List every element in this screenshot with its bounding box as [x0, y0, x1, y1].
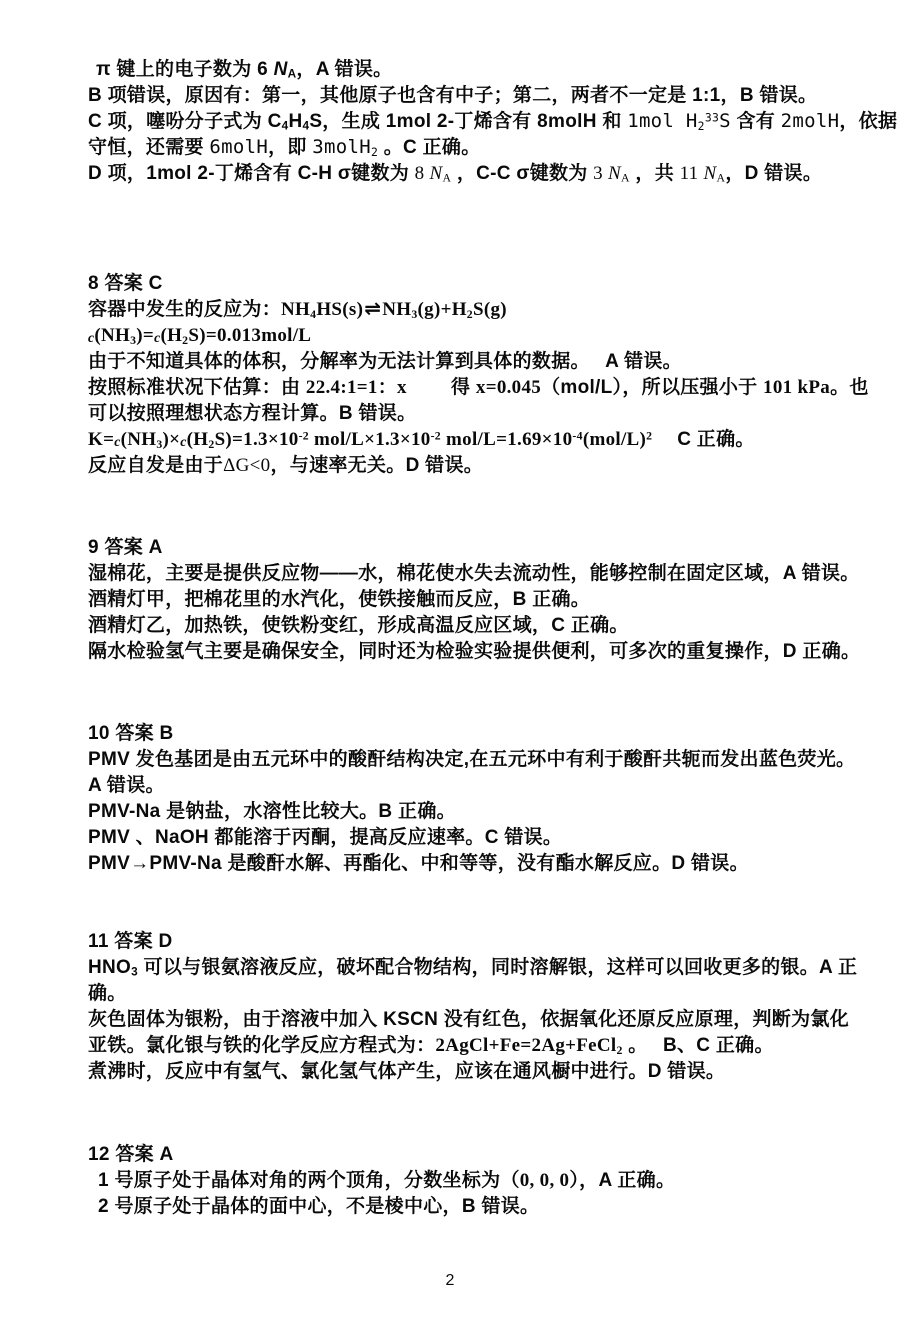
seg-sersub: A — [717, 172, 726, 185]
seg-text: 12 答案 A — [88, 1144, 174, 1165]
text-line: 守恒，还需要 6molH，即 3molH2 。C 正确。 — [88, 135, 858, 161]
seg-text: 按照标准状况下估算：由 — [88, 377, 306, 398]
seg-text: 守恒，还需要 — [88, 137, 209, 158]
text-line: 酒精灯乙，加热铁，使铁粉变红，形成高温反应区域，C 正确。 — [88, 613, 858, 639]
seg-text: ，依据 — [839, 111, 900, 132]
text-line: 2 号原子处于晶体的面中心，不是棱中心，B 错误。 — [88, 1194, 858, 1220]
seg-f: (H — [160, 325, 182, 346]
seg-text: 灰色固体为银粉，由于溶液中加入 KSCN 没有红色，依据氧化还原反应原理，判断为… — [88, 1009, 849, 1030]
seg-text: 煮沸时，反应中有氢气、氯化氢气体产生，应该在通风橱中进行。D 错误。 — [88, 1061, 725, 1082]
section-q7-analysis: π 键上的电子数为 6 NA，A 错误。B 项错误，原因有：第一，其他原子也含有… — [88, 57, 858, 187]
seg-f: (NH — [121, 429, 157, 450]
seg-f: NH — [382, 299, 411, 320]
seg-text: 确。 — [88, 983, 127, 1004]
seg-text: ），A 正确。 — [569, 1170, 675, 1191]
text-line: 10 答案 B — [88, 721, 858, 747]
text-line: 可以按照理想状态方程计算。B 错误。 — [88, 401, 858, 427]
text-line: 9 答案 A — [88, 535, 858, 561]
text-line: PMV 、NaOH 都能溶于丙酮，提高反应速率。C 错误。 — [88, 825, 858, 851]
text-line: 1 号原子处于晶体对角的两个顶角，分数坐标为（0, 0, 0），A 正确。 — [88, 1168, 858, 1194]
seg-text: 9 答案 A — [88, 537, 163, 558]
text-line: 酒精灯甲，把棉花里的水汽化，使铁接触而反应，B 正确。 — [88, 587, 858, 613]
section-q8-answer: 8 答案 C容器中发生的反应为：NH4HS(s)⇌NH3(g)+H2S(g)c(… — [88, 271, 858, 479]
seg-bi: N — [274, 59, 288, 80]
seg-text: D 项，1mol 2-丁烯含有 C-H σ键数为 — [88, 163, 415, 184]
seg-seri: N — [704, 163, 717, 184]
document-page: π 键上的电子数为 6 NA，A 错误。B 项错误，原因有：第一，其他原子也含有… — [0, 0, 900, 1338]
seg-text: 由于不知道具体的体积，分解率为无法计算到具体的数据。 A 错误。 — [88, 351, 682, 372]
seg-ssub: 3 — [131, 966, 138, 979]
seg-text: ： — [378, 377, 397, 398]
seg-text: 酒精灯甲，把棉花里的水汽化，使铁接触而反应，B 正确。 — [88, 589, 590, 610]
seg-text: 可以与银氨溶液反应，破坏配合物结构，同时溶解银，这样可以回收更多的银。A 正 — [138, 957, 857, 978]
seg-fsup: -2 — [431, 430, 441, 443]
text-line: 11 答案 D — [88, 929, 858, 955]
seg-f: 2AgCl+Fe=2Ag+FeCl — [435, 1035, 616, 1056]
section-q10-answer: 10 答案 BPMV 发色基团是由五元环中的酸酐结构决定,在五元环中有利于酸酐共… — [88, 721, 858, 877]
seg-text: ，C-C σ键数为 — [451, 163, 593, 184]
seg-text: C 正确。 — [652, 429, 754, 450]
seg-text: ，A 错误。 — [296, 59, 392, 80]
seg-msub: 2 — [698, 119, 705, 133]
seg-text: 。也 — [830, 377, 869, 398]
seg-ser: 3 — [593, 163, 608, 184]
page-footer: 2 — [0, 1272, 900, 1290]
seg-text: PMV→PMV-Na 是酸酐水解、再酯化、中和等等，没有酯水解反应。D 错误。 — [88, 853, 749, 874]
seg-f: )× — [163, 429, 181, 450]
seg-ser: 8 — [415, 163, 430, 184]
seg-fsup: -4 — [572, 430, 582, 443]
seg-text: 隔水检验氢气主要是确保安全，同时还为检验实验提供便利，可多次的重复操作，D 正确… — [88, 641, 860, 662]
seg-f: 0, 0, 0 — [520, 1170, 570, 1191]
text-line: B 项错误，原因有：第一，其他原子也含有中子；第二，两者不一定是 1:1，B 错… — [88, 83, 858, 109]
seg-text: 酒精灯乙，加热铁，使铁粉变红，形成高温反应区域，C 正确。 — [88, 615, 629, 636]
answer-content: π 键上的电子数为 6 NA，A 错误。B 项错误，原因有：第一，其他原子也含有… — [88, 57, 858, 1220]
seg-text: 1 号原子处于晶体对角的两个顶角，分数坐标为（ — [98, 1170, 520, 1191]
equilibrium-arrow-icon: ⇌ — [364, 296, 381, 320]
seg-f: mol/L=1.69×10 — [441, 429, 572, 450]
seg-text: 得 — [407, 377, 476, 398]
section-q9-answer: 9 答案 A湿棉花，主要是提供反应物——水，棉花使水失去流动性，能够控制在固定区… — [88, 535, 858, 665]
seg-text: 。 B、C 正确。 — [623, 1035, 774, 1056]
seg-f: (g)+H — [418, 299, 467, 320]
seg-text: 8 答案 C — [88, 273, 163, 294]
text-line: 8 答案 C — [88, 271, 858, 297]
text-line: K=c(NH3)×c(H2S)=1.3×10-2 mol/L×1.3×10-2 … — [88, 427, 858, 453]
text-line: 煮沸时，反应中有氢气、氯化氢气体产生，应该在通风橱中进行。D 错误。 — [88, 1059, 858, 1085]
text-line: 容器中发生的反应为：NH4HS(s)⇌NH3(g)+H2S(g) — [88, 297, 858, 323]
seg-text: 反应自发是由于 — [88, 455, 223, 476]
seg-f: K= — [88, 429, 114, 450]
text-line: 由于不知道具体的体积，分解率为无法计算到具体的数据。 A 错误。 — [88, 349, 858, 375]
seg-text: ，D 错误。 — [725, 163, 822, 184]
seg-sersub: A — [621, 172, 630, 185]
seg-text: PMV-Na 是钠盐，水溶性比较大。B 正确。 — [88, 801, 456, 822]
seg-text: π 键上的电子数为 6 — [96, 59, 274, 80]
seg-msup: 33 — [705, 110, 719, 124]
seg-f: HS(s) — [316, 299, 363, 320]
seg-m: S — [719, 110, 731, 132]
text-line: PMV-Na 是钠盐，水溶性比较大。B 正确。 — [88, 799, 858, 825]
text-line: HNO3 可以与银氨溶液反应，破坏配合物结构，同时溶解银，这样可以回收更多的银。… — [88, 955, 858, 981]
seg-f: x=0.045 — [476, 377, 541, 398]
text-line: 12 答案 A — [88, 1142, 858, 1168]
text-line: A 错误。 — [88, 773, 858, 799]
seg-f: (NH — [94, 325, 130, 346]
seg-text: 含有 — [731, 111, 781, 132]
seg-text: 可以按照理想状态方程计算。B 错误。 — [88, 403, 416, 424]
seg-m: 3molH — [312, 136, 371, 158]
seg-f: 101 kPa — [763, 377, 830, 398]
seg-text: 湿棉花，主要是提供反应物——水，棉花使水失去流动性，能够控制在固定区域，A 错误… — [88, 563, 860, 584]
seg-f: S)=1.3×10 — [215, 429, 299, 450]
seg-text: PMV 发色基团是由五元环中的酸酐结构决定,在五元环中有利于酸酐共轭而发出蓝色荧… — [88, 749, 855, 770]
seg-fsup: -2 — [299, 430, 309, 443]
seg-text: ，共 — [630, 163, 680, 184]
seg-text: 11 答案 D — [88, 931, 172, 952]
seg-text: HNO — [88, 957, 131, 978]
seg-ser: 11 — [680, 163, 704, 184]
seg-ser: ΔG<0 — [223, 455, 270, 476]
seg-text: 。C 正确。 — [378, 137, 480, 158]
seg-text: ，即 — [268, 137, 312, 158]
page-number: 2 — [446, 1272, 455, 1289]
seg-text: S，生成 1mol 2-丁烯含有 8molH 和 — [309, 111, 627, 132]
section-q11-answer: 11 答案 DHNO3 可以与银氨溶液反应，破坏配合物结构，同时溶解银，这样可以… — [88, 929, 858, 1085]
seg-f: )= — [136, 325, 154, 346]
seg-f: x — [397, 377, 407, 398]
text-line: 湿棉花，主要是提供反应物——水，棉花使水失去流动性，能够控制在固定区域，A 错误… — [88, 561, 858, 587]
text-line: 隔水检验氢气主要是确保安全，同时还为检验实验提供便利，可多次的重复操作，D 正确… — [88, 639, 858, 665]
seg-f: (mol/L) — [583, 429, 646, 450]
section-q12-answer: 12 答案 A1 号原子处于晶体对角的两个顶角，分数坐标为（0, 0, 0），A… — [88, 1142, 858, 1220]
seg-m: 2molH — [781, 110, 840, 132]
seg-f: NH — [281, 299, 310, 320]
seg-text: 10 答案 B — [88, 723, 174, 744]
text-line: 反应自发是由于ΔG<0，与速率无关。D 错误。 — [88, 453, 858, 479]
text-line: c(NH3)=c(H2S)=0.013mol/L — [88, 323, 858, 349]
seg-m: 6molH — [209, 136, 268, 158]
text-line: D 项，1mol 2-丁烯含有 C-H σ键数为 8 NA ，C-C σ键数为 … — [88, 161, 858, 187]
seg-f: mol/L×1.3×10 — [309, 429, 431, 450]
seg-f: (H — [187, 429, 209, 450]
seg-text: B 项错误，原因有：第一，其他原子也含有中子；第二，两者不一定是 1:1，B 错… — [88, 85, 817, 106]
text-line: PMV→PMV-Na 是酸酐水解、再酯化、中和等等，没有酯水解反应。D 错误。 — [88, 851, 858, 877]
seg-f: S(g) — [473, 299, 507, 320]
text-line: 按照标准状况下估算：由 22.4:1=1：x 得 x=0.045（mol/L），… — [88, 375, 858, 401]
seg-text: A 错误。 — [88, 775, 165, 796]
seg-text: C 项，噻吩分子式为 C — [88, 111, 282, 132]
seg-text: 容器中发生的反应为： — [88, 299, 281, 320]
seg-f: S)=0.013mol/L — [188, 325, 311, 346]
text-line: 确。 — [88, 981, 858, 1007]
text-line: PMV 发色基团是由五元环中的酸酐结构决定,在五元环中有利于酸酐共轭而发出蓝色荧… — [88, 747, 858, 773]
seg-text: ，与速率无关。D 错误。 — [270, 455, 483, 476]
text-line: 灰色固体为银粉，由于溶液中加入 KSCN 没有红色，依据氧化还原反应原理，判断为… — [88, 1007, 858, 1033]
text-line: C 项，噻吩分子式为 C4H4S，生成 1mol 2-丁烯含有 8molH 和 … — [88, 109, 858, 135]
seg-text: 亚铁。氯化银与铁的化学反应方程式为： — [88, 1035, 435, 1056]
seg-text: 2 号原子处于晶体的面中心，不是棱中心，B 错误。 — [98, 1196, 539, 1217]
text-line: π 键上的电子数为 6 NA，A 错误。 — [88, 57, 858, 83]
seg-text: （mol/L），所以压强小于 — [541, 377, 763, 398]
seg-seri: N — [608, 163, 621, 184]
seg-seri: N — [429, 163, 442, 184]
seg-f: 22.4:1=1 — [306, 377, 378, 398]
seg-sersub: A — [442, 172, 451, 185]
seg-text: PMV 、NaOH 都能溶于丙酮，提高反应速率。C 错误。 — [88, 827, 562, 848]
seg-m: 1mol H — [627, 110, 697, 132]
text-line: 亚铁。氯化银与铁的化学反应方程式为：2AgCl+Fe=2Ag+FeCl2 。 B… — [88, 1033, 858, 1059]
seg-text: H — [288, 111, 302, 132]
